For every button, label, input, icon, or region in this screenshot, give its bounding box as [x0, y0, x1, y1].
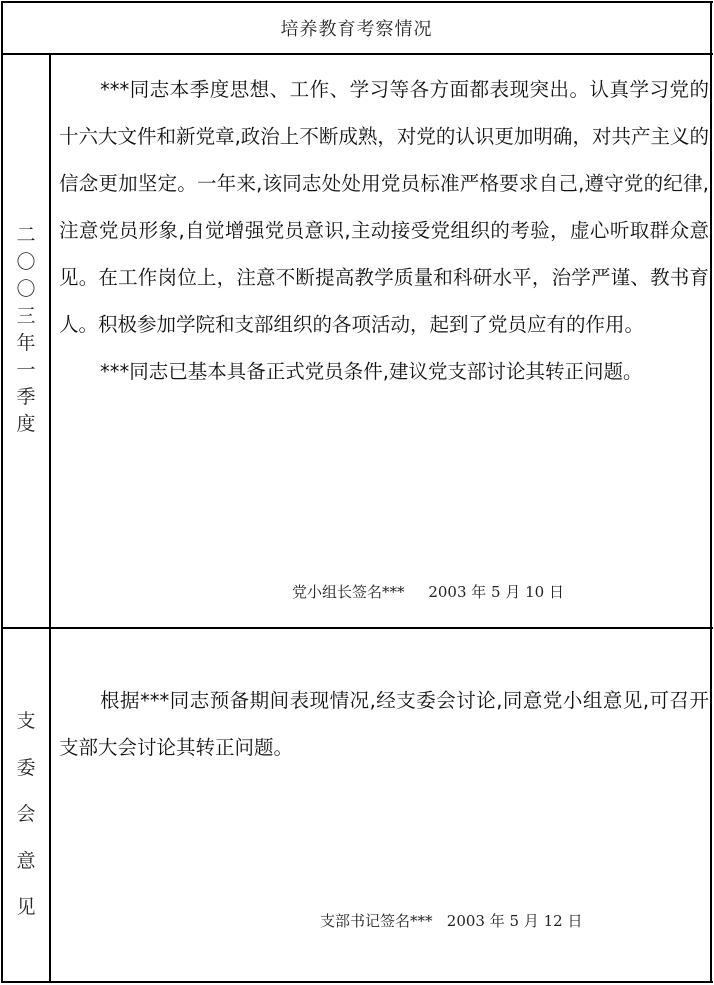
label-char: 委: [16, 745, 35, 792]
table-border-bottom: [1, 981, 713, 983]
row-divider: [1, 627, 713, 629]
section1-body: ***同志本季度思想、工作、学习等各方面都表现突出。认真学习党的十六大文件和新党…: [59, 66, 709, 395]
section1-paragraph: ***同志本季度思想、工作、学习等各方面都表现突出。认真学习党的十六大文件和新党…: [59, 66, 709, 348]
table-border-right: [710, 1, 712, 983]
section1-signature: 党小组长签名*** 2003 年 5 月 10 日: [292, 581, 564, 602]
label-char: 意: [16, 838, 35, 885]
label-char: 会: [16, 791, 35, 838]
section1-paragraph: ***同志已基本具备正式党员条件,建议党支部讨论其转正问题。: [59, 348, 709, 395]
label-char: 支: [16, 698, 35, 745]
section2-signature: 支部书记签名*** 2003 年 5 月 12 日: [320, 910, 582, 931]
label-char: 〇: [16, 249, 35, 276]
table-title: 培养教育考察情况: [2, 2, 711, 54]
label-char: 三: [16, 303, 35, 330]
section2-paragraph: 根据***同志预备期间表现情况,经支委会讨论,同意党小组意见,可召开支部大会讨论…: [59, 677, 709, 771]
label-char: 季: [16, 384, 35, 411]
label-char: 一: [16, 357, 35, 384]
section2-body: 根据***同志预备期间表现情况,经支委会讨论,同意党小组意见,可召开支部大会讨论…: [59, 677, 709, 771]
label-char: 二: [16, 222, 35, 249]
label-char: 〇: [16, 276, 35, 303]
label-char: 见: [16, 884, 35, 931]
label-char: 度: [16, 411, 35, 438]
section2-label: 支 委 会 意 见: [2, 698, 50, 931]
section1-label: 二 〇 〇 三 年 一 季 度: [2, 222, 50, 438]
label-char: 年: [16, 330, 35, 357]
